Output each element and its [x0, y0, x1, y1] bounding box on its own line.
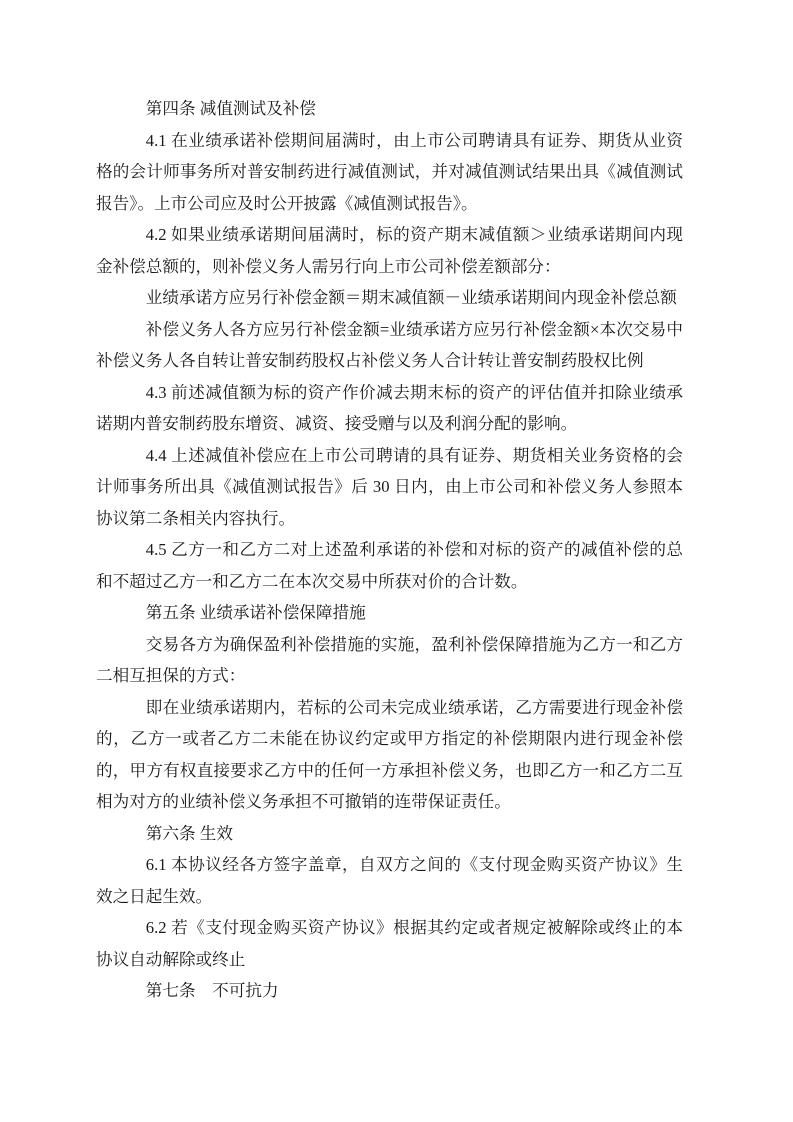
clause-4-1: 4.1 在业绩承诺补偿期间届满时，由上市公司聘请具有证券、期货从业资格的会计师事… [96, 125, 683, 220]
clause-5-intro: 交易各方为确保盈利补偿措施的实施，盈利补偿保障措施为乙方一和乙方二相互担保的方式… [96, 629, 683, 692]
clause-5-body: 即在业绩承诺期内，若标的公司未完成业绩承诺，乙方需要进行现金补偿的，乙方一或者乙… [96, 692, 683, 818]
clause-4-4: 4.4 上述减值补偿应在上市公司聘请的具有证券、期货相关业务资格的会计师事务所出… [96, 440, 683, 535]
clause-4-5: 4.5 乙方一和乙方二对上述盈利承诺的补偿和对标的资产的减值补偿的总和不超过乙方… [96, 534, 683, 597]
clause-4-3: 4.3 前述减值额为标的资产作价减去期末标的资产的评估值并扣除业绩承诺期内普安制… [96, 377, 683, 440]
formula-obligor-compensation: 补偿义务人各方应另行补偿金额=业绩承诺方应另行补偿金额×本次交易中补偿义务人各自… [96, 314, 683, 377]
document-content: 第四条 减值测试及补偿 4.1 在业绩承诺补偿期间届满时，由上市公司聘请具有证券… [96, 93, 683, 1007]
clause-6-2: 6.2 若《支付现金购买资产协议》根据其约定或者规定被解除或终止的本协议自动解除… [96, 912, 683, 975]
article-7-heading: 第七条 不可抗力 [96, 975, 683, 1007]
article-6-heading: 第六条 生效 [96, 818, 683, 850]
formula-promisor-compensation: 业绩承诺方应另行补偿金额＝期末减值额－业绩承诺期间内现金补偿总额 [96, 282, 683, 314]
clause-6-1: 6.1 本协议经各方签字盖章，自双方之间的《支付现金购买资产协议》生效之日起生效… [96, 849, 683, 912]
article-4-heading: 第四条 减值测试及补偿 [96, 93, 683, 125]
document-page: 第四条 减值测试及补偿 4.1 在业绩承诺补偿期间届满时，由上市公司聘请具有证券… [0, 0, 793, 1122]
clause-4-2: 4.2 如果业绩承诺期间届满时，标的资产期末减值额＞业绩承诺期间内现金补偿总额的… [96, 219, 683, 282]
article-5-heading: 第五条 业绩承诺补偿保障措施 [96, 597, 683, 629]
